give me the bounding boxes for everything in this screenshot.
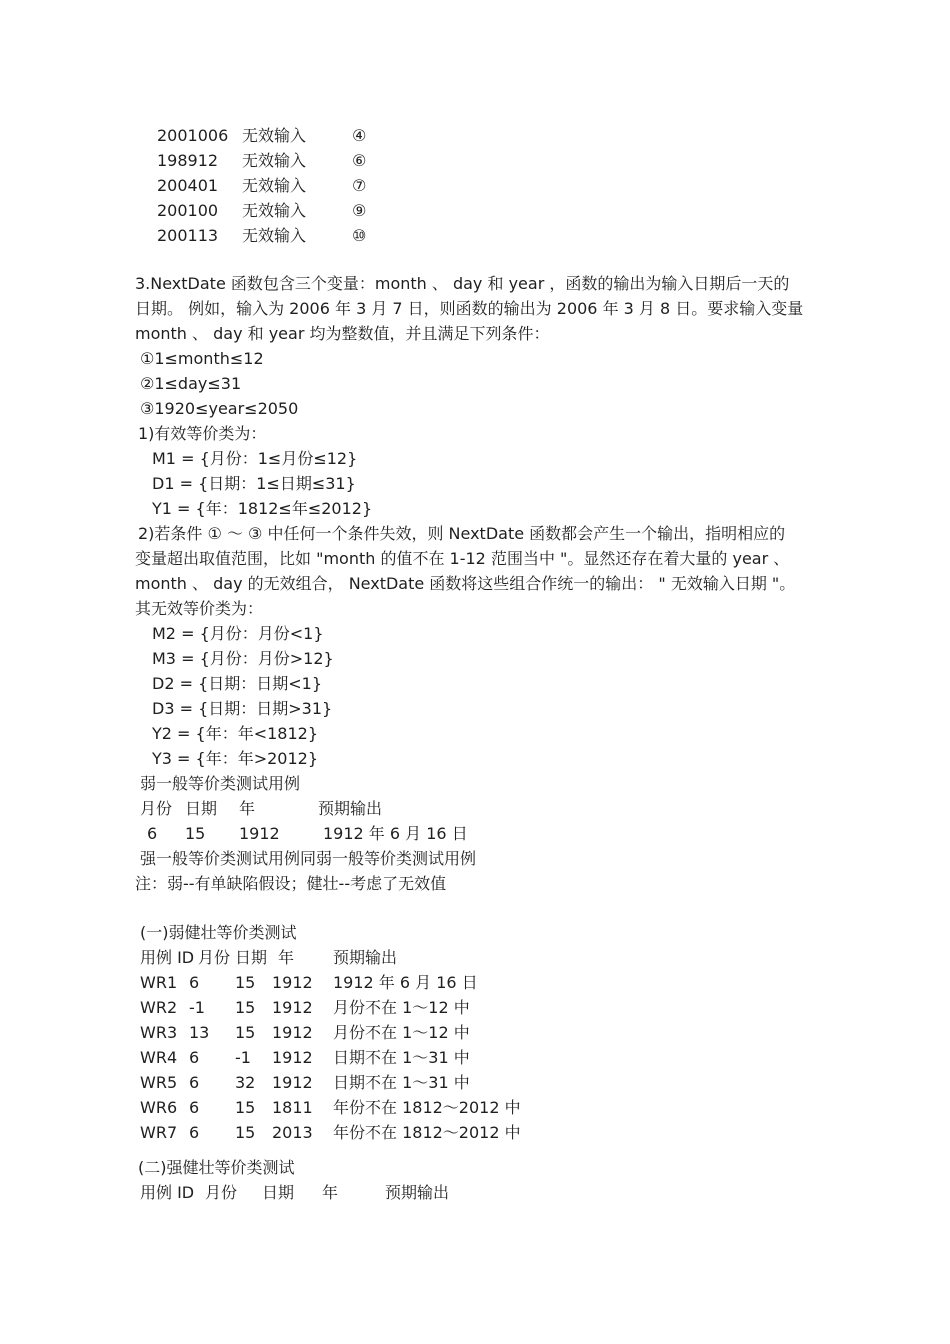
header-day: 日期 xyxy=(262,1180,322,1205)
invalid-class-m3: M3 = {月份：月份>12} xyxy=(152,646,855,671)
input-value: 200100 xyxy=(157,198,242,223)
result-text: 无效输入 xyxy=(242,223,352,248)
cell-year: 1912 xyxy=(272,1070,333,1095)
weak-robust-row: WR1 6 15 1912 1912 年 6 月 16 日 xyxy=(140,970,855,995)
question-intro-line: month 、 day 和 year 均为整数值，并且满足下列条件： xyxy=(135,321,855,346)
invalid-input-row: 198912 无效输入 ⑥ xyxy=(157,148,855,173)
input-value: 200401 xyxy=(157,173,242,198)
invalid-intro-line: 其无效等价类为： xyxy=(135,596,855,621)
cell-expected: 年份不在 1812～2012 中 xyxy=(333,1120,521,1145)
result-text: 无效输入 xyxy=(242,148,352,173)
header-month: 月份 xyxy=(140,796,185,821)
result-text: 无效输入 xyxy=(242,173,352,198)
spacer xyxy=(135,1145,855,1155)
cell-day: 15 xyxy=(235,1120,272,1145)
invalid-class-d3: D3 = {日期：日期>31} xyxy=(152,696,855,721)
cell-month: 6 xyxy=(187,970,235,995)
invalid-intro-line: 变量超出取值范围，比如 "month 的值不在 1-12 范围当中 "。显然还存… xyxy=(135,546,855,571)
header-day: 日期 xyxy=(235,945,278,970)
invalid-class-y3: Y3 = {年：年>2012} xyxy=(152,746,855,771)
weak-normal-data-row: 6 15 1912 1912 年 6 月 16 日 xyxy=(140,821,855,846)
invalid-input-row: 2001006 无效输入 ④ xyxy=(157,123,855,148)
weak-robust-row: WR7 6 15 2013 年份不在 1812～2012 中 xyxy=(140,1120,855,1145)
header-month: 月份 xyxy=(198,945,235,970)
cell-expected: 月份不在 1～12 中 xyxy=(333,995,470,1020)
strong-robust-title: (二)强健壮等价类测试 xyxy=(138,1155,855,1180)
cell-case-id: WR2 xyxy=(140,995,187,1020)
invalid-class-y2: Y2 = {年：年<1812} xyxy=(152,721,855,746)
invalid-class-m2: M2 = {月份：月份<1} xyxy=(152,621,855,646)
question-intro-line: 日期。 例如，输入为 2006 年 3 月 7 日，则函数的输出为 2006 年… xyxy=(135,296,855,321)
weak-robust-row: WR4 6 -1 1912 日期不在 1～31 中 xyxy=(140,1045,855,1070)
cell-year: 1811 xyxy=(272,1095,333,1120)
valid-class-m1: M1 = {月份：1≤月份≤12} xyxy=(152,446,855,471)
cell-year: 1912 xyxy=(272,970,333,995)
condition-day: ②1≤day≤31 xyxy=(140,371,855,396)
valid-class-d1: D1 = {日期：1≤日期≤31} xyxy=(152,471,855,496)
question-intro-line: 3.NextDate 函数包含三个变量：month 、 day 和 year ，… xyxy=(135,271,855,296)
cell-expected: 日期不在 1～31 中 xyxy=(333,1070,470,1095)
cell-month: 6 xyxy=(187,1045,235,1070)
weak-robust-row: WR5 6 32 1912 日期不在 1～31 中 xyxy=(140,1070,855,1095)
cell-case-id: WR6 xyxy=(140,1095,187,1120)
case-mark: ⑨ xyxy=(352,198,366,223)
document-page: 2001006 无效输入 ④ 198912 无效输入 ⑥ 200401 无效输入… xyxy=(0,0,950,1344)
header-expected: 预期输出 xyxy=(333,945,397,970)
header-case-id: 用例 ID xyxy=(140,945,198,970)
cell-year: 1912 xyxy=(239,821,318,846)
strong-normal-note: 强一般等价类测试用例同弱一般等价类测试用例 xyxy=(140,846,855,871)
cell-year: 1912 xyxy=(272,1045,333,1070)
case-mark: ⑥ xyxy=(352,148,366,173)
weak-robust-title: (一)弱健壮等价类测试 xyxy=(140,920,855,945)
input-value: 200113 xyxy=(157,223,242,248)
weak-robust-row: WR2 -1 15 1912 月份不在 1～12 中 xyxy=(140,995,855,1020)
cell-month: 6 xyxy=(187,1120,235,1145)
assumption-note: 注：弱--有单缺陷假设；健壮--考虑了无效值 xyxy=(135,871,855,896)
cell-day: 15 xyxy=(235,1095,272,1120)
invalid-input-row: 200113 无效输入 ⑩ xyxy=(157,223,855,248)
cell-day: 15 xyxy=(235,995,272,1020)
cell-case-id: WR7 xyxy=(140,1120,187,1145)
result-text: 无效输入 xyxy=(242,123,352,148)
result-text: 无效输入 xyxy=(242,198,352,223)
cell-expected: 1912 年 6 月 16 日 xyxy=(333,970,478,995)
cell-case-id: WR1 xyxy=(140,970,187,995)
input-value: 198912 xyxy=(157,148,242,173)
header-year: 年 xyxy=(322,1180,385,1205)
cell-case-id: WR3 xyxy=(140,1020,187,1045)
weak-normal-title: 弱一般等价类测试用例 xyxy=(140,771,855,796)
strong-robust-header-row: 用例 ID 月份 日期 年 预期输出 xyxy=(140,1180,855,1205)
weak-robust-row: WR6 6 15 1811 年份不在 1812～2012 中 xyxy=(140,1095,855,1120)
cell-year: 1912 xyxy=(272,1020,333,1045)
invalid-class-d2: D2 = {日期：日期<1} xyxy=(152,671,855,696)
header-month: 月份 xyxy=(205,1180,262,1205)
cell-month: -1 xyxy=(187,995,235,1020)
weak-normal-header-row: 月份 日期 年 预期输出 xyxy=(140,796,855,821)
case-mark: ⑩ xyxy=(352,223,366,248)
cell-day: 15 xyxy=(185,821,239,846)
cell-day: -1 xyxy=(235,1045,272,1070)
header-case-id: 用例 ID xyxy=(140,1180,205,1205)
header-expected: 预期输出 xyxy=(385,1180,449,1205)
case-mark: ④ xyxy=(352,123,366,148)
cell-expected: 1912 年 6 月 16 日 xyxy=(318,821,468,846)
cell-day: 32 xyxy=(235,1070,272,1095)
cell-case-id: WR5 xyxy=(140,1070,187,1095)
case-mark: ⑦ xyxy=(352,173,366,198)
invalid-input-row: 200100 无效输入 ⑨ xyxy=(157,198,855,223)
cell-month: 6 xyxy=(187,1095,235,1120)
cell-month: 6 xyxy=(140,821,185,846)
cell-case-id: WR4 xyxy=(140,1045,187,1070)
valid-class-y1: Y1 = {年：1812≤年≤2012} xyxy=(152,496,855,521)
condition-year: ③1920≤year≤2050 xyxy=(140,396,855,421)
cell-day: 15 xyxy=(235,1020,272,1045)
cell-expected: 年份不在 1812～2012 中 xyxy=(333,1095,521,1120)
cell-month: 13 xyxy=(187,1020,235,1045)
cell-expected: 月份不在 1～12 中 xyxy=(333,1020,470,1045)
weak-robust-row: WR3 13 15 1912 月份不在 1～12 中 xyxy=(140,1020,855,1045)
spacer xyxy=(135,896,855,920)
input-value: 2001006 xyxy=(157,123,242,148)
cell-year: 1912 xyxy=(272,995,333,1020)
spacer xyxy=(135,248,855,271)
header-day: 日期 xyxy=(185,796,239,821)
cell-month: 6 xyxy=(187,1070,235,1095)
header-year: 年 xyxy=(278,945,333,970)
cell-expected: 日期不在 1～31 中 xyxy=(333,1045,470,1070)
document-content: 2001006 无效输入 ④ 198912 无效输入 ⑥ 200401 无效输入… xyxy=(135,123,855,1205)
header-expected: 预期输出 xyxy=(318,796,382,821)
weak-robust-header-row: 用例 ID 月份 日期 年 预期输出 xyxy=(140,945,855,970)
valid-classes-heading: 1)有效等价类为： xyxy=(138,421,855,446)
invalid-intro-line: 2)若条件 ① ～ ③ 中任何一个条件失效，则 NextDate 函数都会产生一… xyxy=(138,521,855,546)
invalid-intro-line: month 、 day 的无效组合， NextDate 函数将这些组合作统一的输… xyxy=(135,571,855,596)
condition-month: ①1≤month≤12 xyxy=(140,346,855,371)
invalid-input-row: 200401 无效输入 ⑦ xyxy=(157,173,855,198)
header-year: 年 xyxy=(239,796,318,821)
cell-day: 15 xyxy=(235,970,272,995)
cell-year: 2013 xyxy=(272,1120,333,1145)
